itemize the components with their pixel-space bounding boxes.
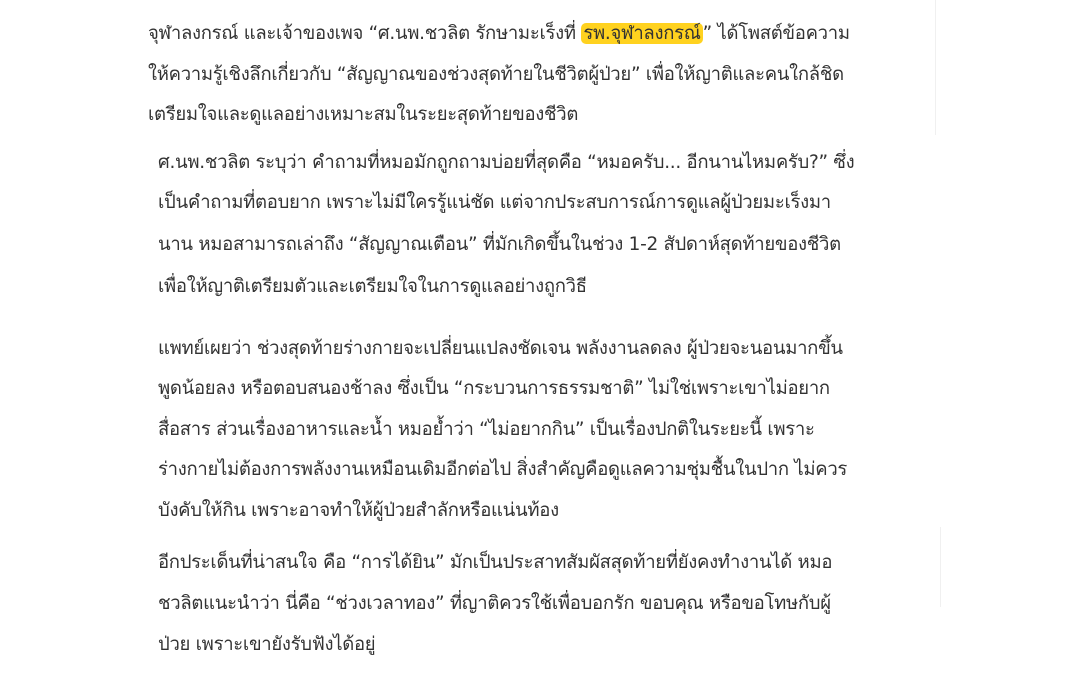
text-line: แพทย์เผยว่า ช่วงสุดท้ายร่างกายจะเปลี่ยนแ… — [158, 335, 843, 363]
text-line: ศ.นพ.ชวลิต ระบุว่า คำถามที่หมอมักถูกถามบ… — [158, 149, 854, 177]
text-line: ชวลิตแนะนำว่า นี่คือ “ช่วงเวลาทอง” ที่ญา… — [158, 590, 831, 618]
text-line: ป่วย เพราะเขายังรับฟังได้อยู่ — [158, 631, 375, 659]
text-line: อีกประเด็นที่น่าสนใจ คือ “การได้ยิน” มัก… — [158, 549, 832, 577]
block-divider — [940, 527, 941, 607]
text-line: พูดน้อยลง หรือตอบสนองช้าลง ซึ่งเป็น “กระ… — [158, 375, 830, 403]
text-line: ให้ความรู้เชิงลึกเกี่ยวกับ “สัญญาณของช่ว… — [148, 61, 844, 89]
highlighted-hospital-name: รพ.จุฬาลงกรณ์ — [581, 23, 702, 44]
text-line: เป็นคำถามที่ตอบยาก เพราะไม่มีใครรู้แน่ชั… — [158, 189, 831, 217]
text-line: จุฬาลงกรณ์ และเจ้าของเพจ “ศ.นพ.ชวลิต รัก… — [148, 20, 850, 48]
text-line: เพื่อให้ญาติเตรียมตัวและเตรียมใจในการดูแ… — [158, 273, 587, 301]
text-line: นาน หมอสามารถเล่าถึง “สัญญาณเตือน” ที่มั… — [158, 231, 841, 259]
block-divider — [935, 0, 936, 135]
text-segment: จุฬาลงกรณ์ และเจ้าของเพจ “ศ.นพ.ชวลิต รัก… — [148, 23, 581, 44]
text-segment: ” ได้โพสต์ข้อความ — [703, 23, 850, 44]
text-line: สื่อสาร ส่วนเรื่องอาหารและน้ำ หมอย้ำว่า … — [158, 416, 815, 444]
text-line: ร่างกายไม่ต้องการพลังงานเหมือนเดิมอีกต่อ… — [158, 456, 847, 484]
text-line: เตรียมใจและดูแลอย่างเหมาะสมในระยะสุดท้าย… — [148, 101, 578, 129]
text-line: บังคับให้กิน เพราะอาจทำให้ผู้ป่วยสำลักหร… — [158, 497, 559, 525]
